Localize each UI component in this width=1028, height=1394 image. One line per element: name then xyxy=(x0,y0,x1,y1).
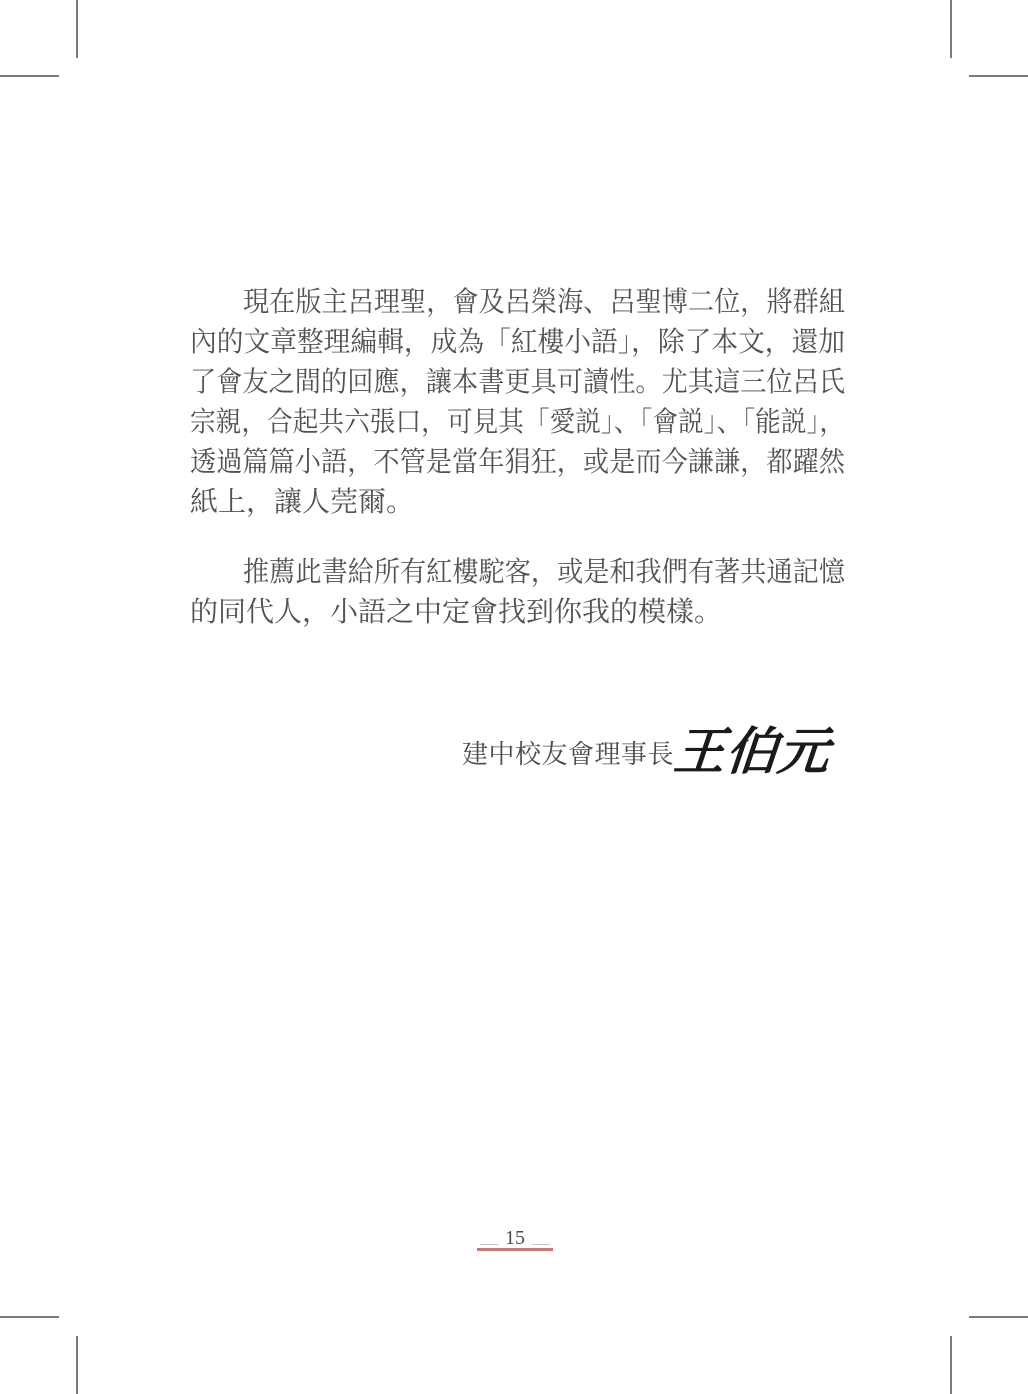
text-line-content: 紙上，讓人莞爾。 xyxy=(190,482,414,522)
crop-mark-bottom-left-vertical xyxy=(76,1336,78,1394)
text-line: 內的文章整理編輯，成為「紅樓小語」，除了本文，還加 xyxy=(190,322,845,362)
text-line: 透過篇篇小語，不管是當年狷狂，或是而今謙謙，都躍然 xyxy=(190,442,845,482)
paragraph-2: 推薦此書給所有紅樓駝客，或是和我們有著共通記憶 的同代人，小語之中定會找到你我的… xyxy=(190,552,845,632)
text-line-content: 宗親，合起共六張口，可見其「愛説」、「會説」、「能説」， xyxy=(190,402,845,442)
body-text: 現在版主呂理聖，會及呂榮海、呂聖博二位，將群組 內的文章整理編輯，成為「紅樓小語… xyxy=(190,282,845,632)
page-footer: 15 xyxy=(477,1228,553,1249)
text-line-content: 透過篇篇小語，不管是當年狷狂，或是而今謙謙，都躍然 xyxy=(190,442,845,482)
text-line: 推薦此書給所有紅樓駝客，或是和我們有著共通記憶 xyxy=(190,552,845,592)
text-line-content: 了會友之間的回應，讓本書更具可讀性。尤其這三位呂氏 xyxy=(190,362,845,402)
text-line-content: 的同代人，小語之中定會找到你我的模樣。 xyxy=(190,592,722,632)
crop-mark-bottom-right-vertical xyxy=(950,1336,952,1394)
signature-name: 王伯元 xyxy=(671,722,832,782)
text-line: 宗親，合起共六張口，可見其「愛説」、「會説」、「能説」， xyxy=(190,402,845,442)
crop-mark-top-right-horizontal xyxy=(969,75,1028,77)
crop-mark-top-left-horizontal xyxy=(0,75,59,77)
text-line-content: 推薦此書給所有紅樓駝客，或是和我們有著共通記憶 xyxy=(243,552,845,592)
book-page: 現在版主呂理聖，會及呂榮海、呂聖博二位，將群組 內的文章整理編輯，成為「紅樓小語… xyxy=(0,0,1028,1394)
paragraph-1: 現在版主呂理聖，會及呂榮海、呂聖博二位，將群組 內的文章整理編輯，成為「紅樓小語… xyxy=(190,282,845,522)
text-line: 了會友之間的回應，讓本書更具可讀性。尤其這三位呂氏 xyxy=(190,362,845,402)
text-line: 的同代人，小語之中定會找到你我的模樣。 xyxy=(190,592,845,632)
crop-mark-bottom-left-horizontal xyxy=(0,1316,59,1318)
text-line: 現在版主呂理聖，會及呂榮海、呂聖博二位，將群組 xyxy=(190,282,845,322)
page-number: 15 xyxy=(498,1228,532,1248)
text-line-content: 現在版主呂理聖，會及呂榮海、呂聖博二位，將群組 xyxy=(243,282,845,322)
crop-mark-top-right-vertical xyxy=(950,0,952,58)
text-line-content: 內的文章整理編輯，成為「紅樓小語」，除了本文，還加 xyxy=(190,322,845,362)
text-line: 紙上，讓人莞爾。 xyxy=(190,482,845,522)
crop-mark-bottom-right-horizontal xyxy=(969,1316,1028,1318)
signature-title: 建中校友會理事長 xyxy=(462,740,674,768)
crop-mark-top-left-vertical xyxy=(76,0,78,58)
